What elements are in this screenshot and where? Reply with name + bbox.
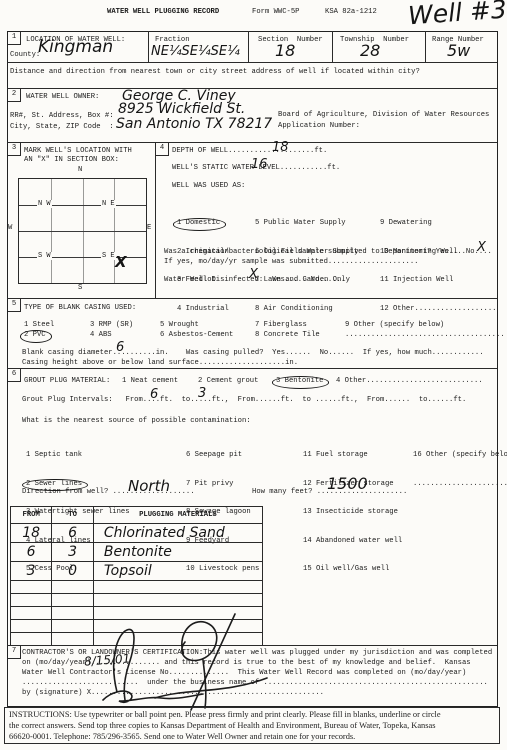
column-line [148,31,149,62]
material-cell: Bentonite [93,543,262,562]
column-line [248,31,249,62]
casing-option: 7 Fiberglass [255,321,307,331]
depth-of-well-value: 18 [272,140,289,155]
compass-west-label: W [8,224,12,234]
how-many-feet-value: 1500 [327,474,368,493]
application-number-label: Application Number: [278,122,360,132]
well-used-as-label: WELL WAS USED AS: [172,182,245,192]
materials-column-header: PLUGGING MATERIALS [93,507,262,524]
from-cell [11,594,52,607]
casing-option: 1 Steel [24,321,54,331]
contamination-option: 13 Insecticide storage [303,508,402,518]
to-cell [52,633,94,646]
sample-no-x-mark: X [477,240,486,255]
section2-number: 2 [8,89,21,102]
casing-option: 5 Wrought [160,321,199,331]
contamination-option: 14 Abandoned water well [303,537,402,547]
grout-bentonite-circled: 3 Bentonite [272,376,329,389]
to-cell: 6 [52,524,94,543]
table-row: 6 3 Bentonite [11,543,263,562]
contamination-option: 15 Oil well/Gas well [303,565,402,575]
interval-to-value: 3 [198,386,206,401]
to-cell [52,581,94,594]
instructions-line2: the correct answers. Send top three copi… [9,720,495,731]
section-number-value: 18 [275,41,295,60]
column-line [332,31,333,62]
casing-other-dots: ..................................... [345,331,505,341]
range-number-value: 5w [447,41,470,60]
address-value: 8925 Wickfield St. [118,101,245,117]
section5-number: 5 [8,299,21,312]
instructions-line3: 66620-0001. Telephone: 785/296-3565. Sen… [9,731,495,742]
sw-quadrant-label: S W [37,252,52,260]
to-cell [52,607,94,620]
grout-intervals-line: Grout Plug Intervals: From....ft. to....… [22,396,466,406]
table-row-empty [11,620,263,633]
section7-number: 7 [8,646,21,659]
well-use-option: 12 Other................... [380,305,496,315]
section3-number: 3 [8,143,21,156]
agency-name: Board of Agriculture, Division of Water … [278,111,489,121]
material-cell [93,581,262,594]
well-use-option: 9 Dewatering [380,219,496,229]
casing-diameter-line: Blank casing diameter..........in. Was c… [22,349,484,359]
direction-from-well-value: North [128,477,170,495]
table-row: 3 0 Topsoil [11,562,263,581]
well-use-domestic-circled: 1 Domestic [173,218,226,231]
owner-label: WATER WELL OWNER: [26,93,99,103]
casing-option: 9 Other (specify below) [345,321,444,331]
table-row-empty [11,633,263,646]
divider [7,88,497,89]
county-label: County: [10,51,40,61]
se-quadrant-label: S E [101,252,116,260]
city-state-zip-value: San Antonio TX 78217 [116,116,272,132]
casing-option: 8 Concrete Tile [255,331,320,341]
table-header-row: FROM TO PLUGGING MATERIALS [11,507,263,524]
casing-pvc-circled: 2 PVC [20,330,52,343]
section1-number: 1 [8,32,21,45]
section4-number: 4 [156,143,169,156]
to-cell [52,620,94,633]
plugging-materials-table: FROM TO PLUGGING MATERIALS 18 6 Chlorina… [10,506,263,646]
material-cell [93,633,262,646]
well-use-option: 4 Industrial [177,305,229,315]
township-number-value: 28 [360,41,380,60]
grout-option: 4 Other........................... [336,377,483,387]
distance-question: Distance and direction from nearest town… [10,68,420,78]
contamination-other-dots: ....................... [413,480,507,490]
certification-line4: ........................... under the bu… [22,679,488,689]
well-number-note: Well #3 [407,0,507,30]
section3-title-line2: AN "X" IN SECTION BOX: [24,156,119,166]
from-cell [11,633,52,646]
casing-option: 4 ABS [90,331,112,341]
well-location-x-mark: X [115,253,127,271]
to-cell: 0 [52,562,94,581]
section6-title: GROUT PLUG MATERIAL: [24,377,110,387]
contamination-col4: 16 Other (specify below) ...............… [413,432,507,508]
address-label: RR#, St. Address, Box #: [10,112,114,122]
form-statute: KSA 82a-1212 [325,8,377,18]
well-use-option: 11 Injection Well [380,276,496,286]
contamination-option: 1 Septic tank [26,451,130,461]
table-row: 18 6 Chlorinated Sand [11,524,263,543]
certification-line3: Water Well Contractor's License No......… [22,669,466,679]
fraction-value: NE¼SE¼SE¼ [151,44,240,59]
from-cell [11,607,52,620]
divider [7,142,497,143]
contamination-col3: 11 Fuel storage 12 Fertilizer storage 13… [303,432,402,594]
section34-divider [155,142,156,298]
divider [7,62,497,63]
grout-option: 2 Cement grout [198,377,258,387]
from-cell [11,581,52,594]
disinfected-yes-x-mark: X [249,267,258,282]
to-cell: 3 [52,543,94,562]
instructions-line1: INSTRUCTIONS: Use typewriter or ball poi… [9,709,495,720]
from-cell [11,620,52,633]
well-use-option: 8 Air Conditioning [255,305,359,315]
column-line [425,31,426,62]
contamination-option: 11 Fuel storage [303,451,402,461]
interval-from-value: 6 [150,387,158,402]
table-row-empty [11,581,263,594]
instructions-box: INSTRUCTIONS: Use typewriter or ball poi… [4,707,500,744]
grid-line [19,231,146,232]
certification-line5: by (signature) X........................… [22,689,324,699]
sample-submitted-question: Was a chemical/bacteriological sample su… [164,248,492,258]
contamination-option: 6 Seepage pit [186,451,259,461]
contamination-option: 16 Other (specify below) [413,451,507,461]
from-column-header: FROM [11,507,52,524]
casing-option: 6 Asbestos-Cement [160,331,233,341]
material-cell: Chlorinated Sand [93,524,262,543]
table-row-empty [11,607,263,620]
compass-north-label: N [78,166,82,176]
material-cell [93,594,262,607]
casing-height-line: Casing height above or below land surfac… [22,359,298,369]
form-title: WATER WELL PLUGGING RECORD [107,8,219,18]
casing-option: 3 RMP (SR) [90,321,133,331]
to-column-header: TO [52,507,94,524]
depth-of-well-line: DEPTH OF WELL....................ft. [172,147,327,157]
section5-title: TYPE OF BLANK CASING USED: [24,304,136,314]
city-state-zip-label: City, State, ZIP Code : [10,123,114,133]
sample-date-line: If yes, mo/day/yr sample was submitted..… [164,258,418,268]
compass-south-label: S [78,284,82,294]
from-cell: 3 [11,562,52,581]
from-cell: 18 [11,524,52,543]
grout-option: 1 Neat cement [122,377,178,387]
contamination-option: 7 Pit privy [186,480,259,490]
water-well-plugging-record-form: WATER WELL PLUGGING RECORD Form WWC-5P K… [0,0,507,750]
material-cell [93,607,262,620]
section6-number: 6 [8,369,21,382]
to-cell [52,594,94,607]
contamination-question: What is the nearest source of possible c… [22,417,251,427]
form-number: Form WWC-5P [252,8,299,18]
county-value: Kingman [38,37,113,57]
table-row-empty [11,594,263,607]
ne-quadrant-label: N E [101,200,116,208]
material-cell [93,620,262,633]
section-location-grid: N W N E S W S E X [18,178,147,284]
nw-quadrant-label: N W [37,200,52,208]
compass-east-label: E [147,224,151,234]
well-use-option: 5 Public Water Supply [255,219,359,229]
casing-diameter-value: 6 [116,340,124,355]
material-cell: Topsoil [93,562,262,581]
static-water-level-value: 16 [251,157,268,172]
from-cell: 6 [11,543,52,562]
